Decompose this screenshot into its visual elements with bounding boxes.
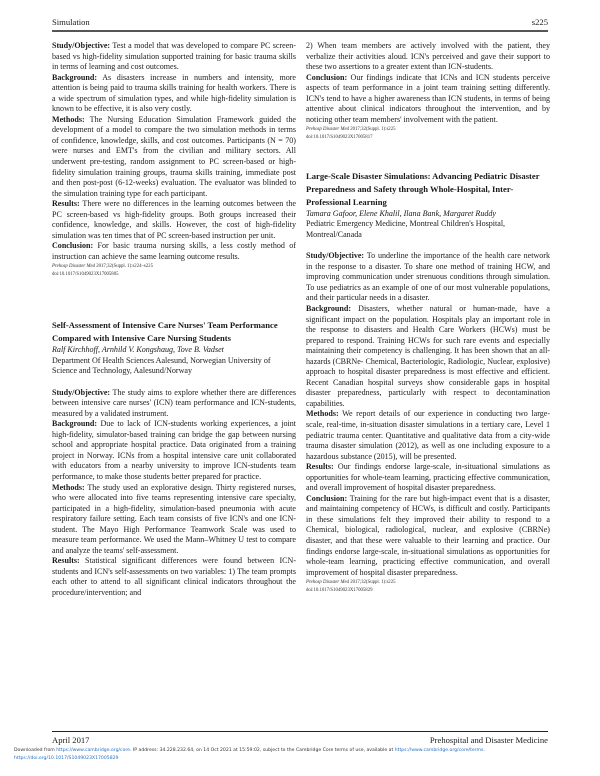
conclusion-paragraph: Conclusion: Our findings indicate that I… (306, 73, 550, 126)
citation-volume: 2017;32(Suppl. 1):s225 (349, 580, 396, 585)
results-text: Statistical significant differences were… (52, 556, 296, 597)
results-label: Results: (52, 556, 80, 565)
doi: doi:10.1017/S1049023X17005829 (306, 587, 550, 595)
conclusion-label: Conclusion: (306, 494, 347, 503)
citation-journal: Prehosp Disaster Med (306, 127, 349, 132)
journal-name: Prehospital and Disaster Medicine (430, 735, 548, 745)
doi: doi:10.1017/S1049023X17005805 (52, 271, 296, 279)
methods-text: We report details of our experience in c… (306, 409, 550, 460)
right-column: 2) When team members are actively involv… (306, 41, 550, 595)
running-footer: April 2017 Prehospital and Disaster Medi… (52, 731, 548, 732)
background-label: Background: (52, 73, 97, 82)
study-objective-paragraph: Study/Objective: Test a model that was d… (52, 41, 296, 73)
background-text: Due to lack of ICN-students working expe… (52, 419, 296, 481)
methods-label: Methods: (52, 115, 85, 124)
terms-link[interactable]: https://www.cambridge.org/core/terms (395, 748, 484, 753)
background-label: Background: (306, 304, 351, 313)
conclusion-paragraph: Conclusion: Training for the rare but hi… (306, 494, 550, 578)
background-paragraph: Background: As disasters increase in num… (52, 73, 296, 115)
background-label: Background: (52, 419, 97, 428)
cambridge-core-link[interactable]: https://www.cambridge.org/core (56, 748, 130, 753)
methods-text: The Nursing Education Simulation Framewo… (52, 115, 296, 198)
download-details: . IP address: 34.228.232.64, on 14 Oct 2… (130, 748, 395, 753)
methods-paragraph: Methods: The study used an explorative d… (52, 483, 296, 557)
abstract-title: Large-Scale Disaster Simulations: Advanc… (306, 170, 550, 208)
abstract-icn-self-assessment: Self-Assessment of Intensive Care Nurses… (52, 319, 296, 598)
abstract-affiliation: Department Of Health Sciences Aalesund, … (52, 356, 296, 377)
abstract-title: Self-Assessment of Intensive Care Nurses… (52, 319, 296, 345)
abstract-icn-continued: 2) When team members are actively involv… (306, 41, 550, 142)
abstract-affiliation: Pediatric Emergency Medicine, Montreal C… (306, 219, 550, 240)
citation: Prehosp Disaster Med 2017;32(Suppl. 1):s… (306, 126, 550, 134)
methods-label: Methods: (52, 483, 85, 492)
citation: Prehosp Disaster Med 2017;32(Suppl. 1):s… (306, 579, 550, 587)
running-header: Simulation s225 (52, 12, 548, 32)
abstract-trauma-simulation: Study/Objective: Test a model that was d… (52, 41, 296, 279)
methods-paragraph: Methods: We report details of our experi… (306, 409, 550, 462)
conclusion-label: Conclusion: (306, 73, 347, 82)
left-column: Study/Objective: Test a model that was d… (52, 41, 296, 599)
background-text: Disasters, whether natural or human-made… (306, 304, 550, 408)
methods-text: The study used an explorative design. Th… (52, 483, 296, 555)
study-objective-paragraph: Study/Objective: The study aims to explo… (52, 388, 296, 420)
study-objective-label: Study/Objective: (52, 388, 110, 397)
conclusion-text: Training for the rare but high-impact ev… (306, 494, 550, 577)
methods-paragraph: Methods: The Nursing Education Simulatio… (52, 115, 296, 199)
citation-journal: Prehosp Disaster Med (52, 264, 95, 269)
issue-date: April 2017 (52, 735, 89, 745)
download-notice: Downloaded from https://www.cambridge.or… (14, 747, 589, 762)
download-prefix: Downloaded from (14, 748, 56, 753)
citation-volume: 2017;32(Suppl. 1):s224–s225 (95, 264, 153, 269)
abstract-authors: Tamara Gafoor, Elene Khalil, Ilana Bank,… (306, 209, 550, 220)
doi: doi:10.1017/S1049023X17005817 (306, 134, 550, 142)
results-label: Results: (52, 199, 80, 208)
conclusion-label: Conclusion: (52, 241, 93, 250)
terms-suffix: . (483, 748, 484, 753)
study-objective-label: Study/Objective: (306, 251, 364, 260)
citation: Prehosp Disaster Med 2017;32(Suppl. 1):s… (52, 263, 296, 271)
abstract-authors: Ralf Kirchhoff, Arnhild V. Kongshaug, To… (52, 345, 296, 356)
citation-journal: Prehosp Disaster Med (306, 580, 349, 585)
conclusion-paragraph: Conclusion: For basic trauma nursing ski… (52, 241, 296, 262)
abstract-pediatric-disaster: Large-Scale Disaster Simulations: Advanc… (306, 170, 550, 595)
results-text: There were no differences in the learnin… (52, 199, 296, 240)
results-text: Our findings endorse large-scale, in-sit… (306, 462, 550, 492)
background-paragraph: Background: Disasters, whether natural o… (306, 304, 550, 409)
section-name: Simulation (52, 17, 90, 27)
citation-volume: 2017;32(Suppl. 1):s225 (349, 127, 396, 132)
results-continued-paragraph: 2) When team members are actively involv… (306, 41, 550, 73)
results-label: Results: (306, 462, 334, 471)
results-paragraph: Results: There were no differences in th… (52, 199, 296, 241)
methods-label: Methods: (306, 409, 339, 418)
background-paragraph: Background: Due to lack of ICN-students … (52, 419, 296, 482)
results-paragraph: Results: Our findings endorse large-scal… (306, 462, 550, 494)
results-paragraph: Results: Statistical significant differe… (52, 556, 296, 598)
page-number: s225 (532, 17, 548, 27)
doi-link[interactable]: https://doi.org/10.1017/S1049023X1700582… (14, 756, 118, 761)
study-objective-paragraph: Study/Objective: To underline the import… (306, 251, 550, 304)
study-objective-label: Study/Objective: (52, 41, 110, 50)
